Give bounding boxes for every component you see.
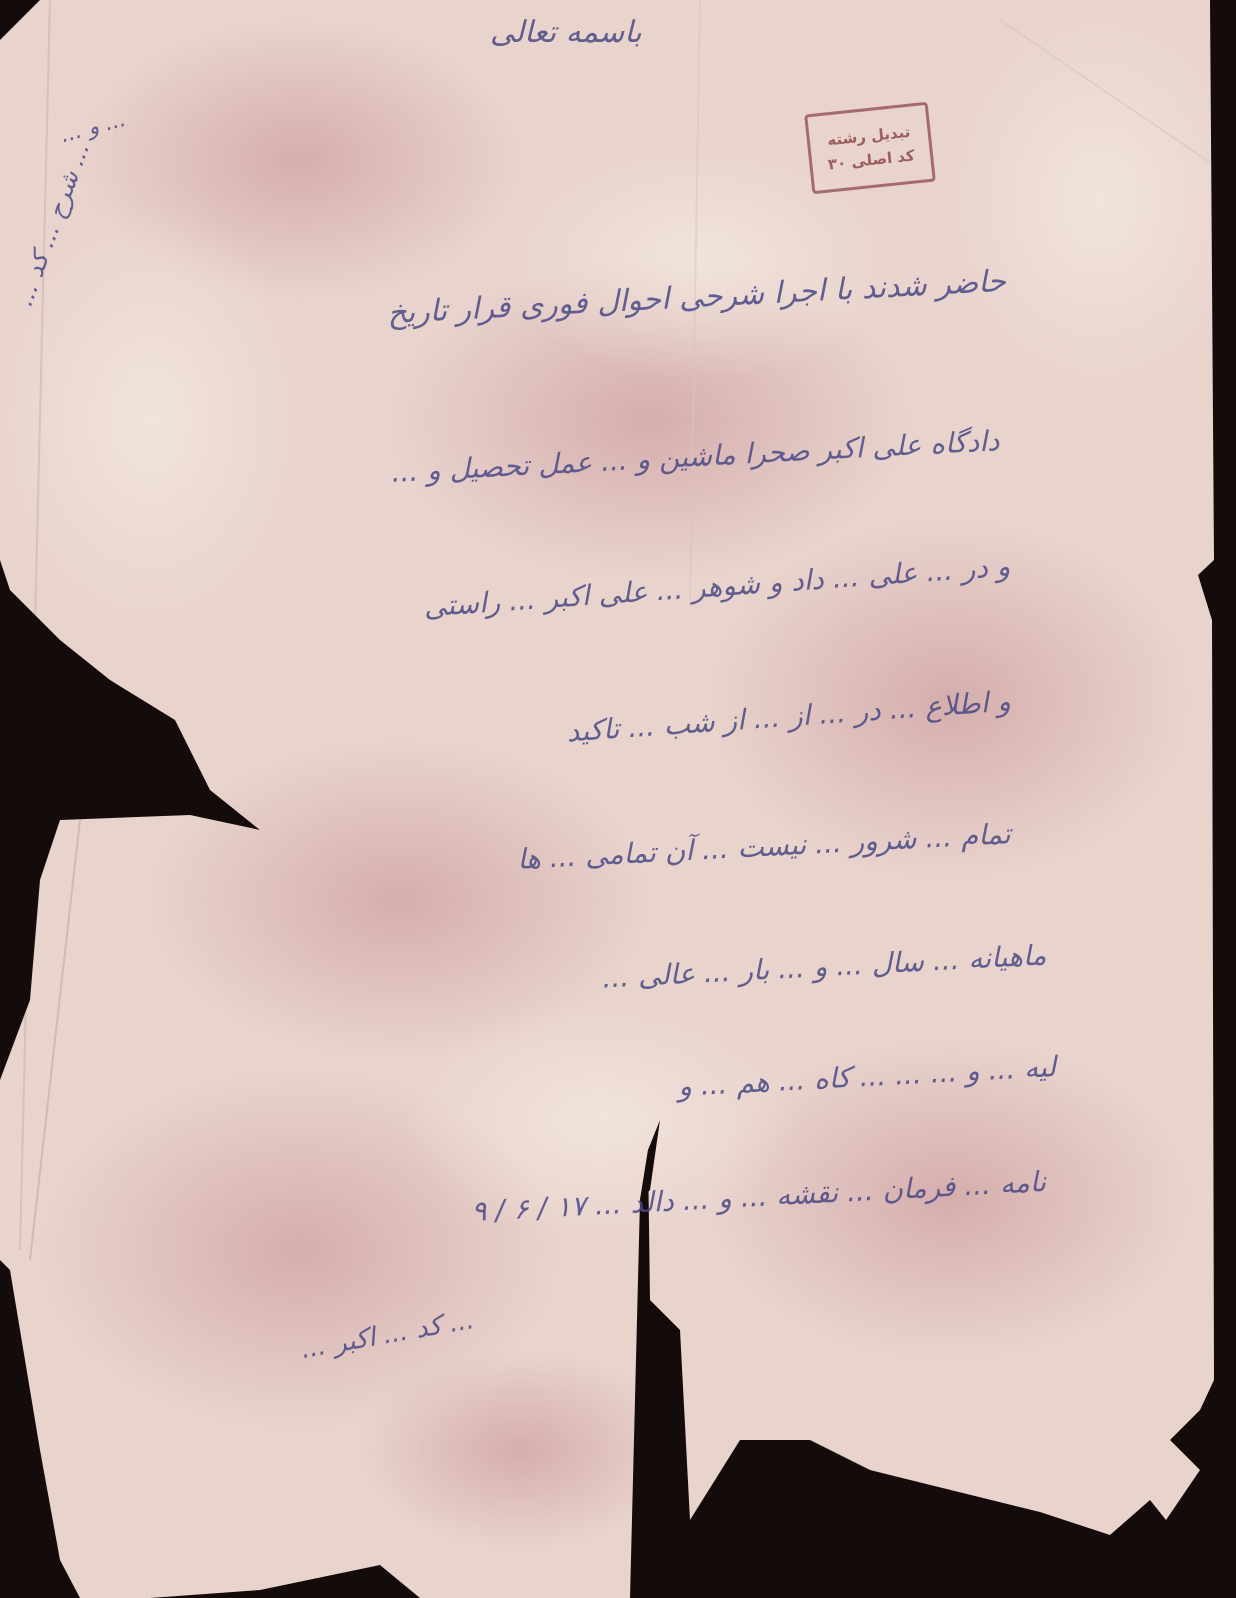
- torn-paper: [0, 0, 1236, 1598]
- heading: باسمه تعالی: [490, 15, 642, 50]
- stamp: تبدیل رشته کد اصلی ۳۰: [804, 102, 936, 195]
